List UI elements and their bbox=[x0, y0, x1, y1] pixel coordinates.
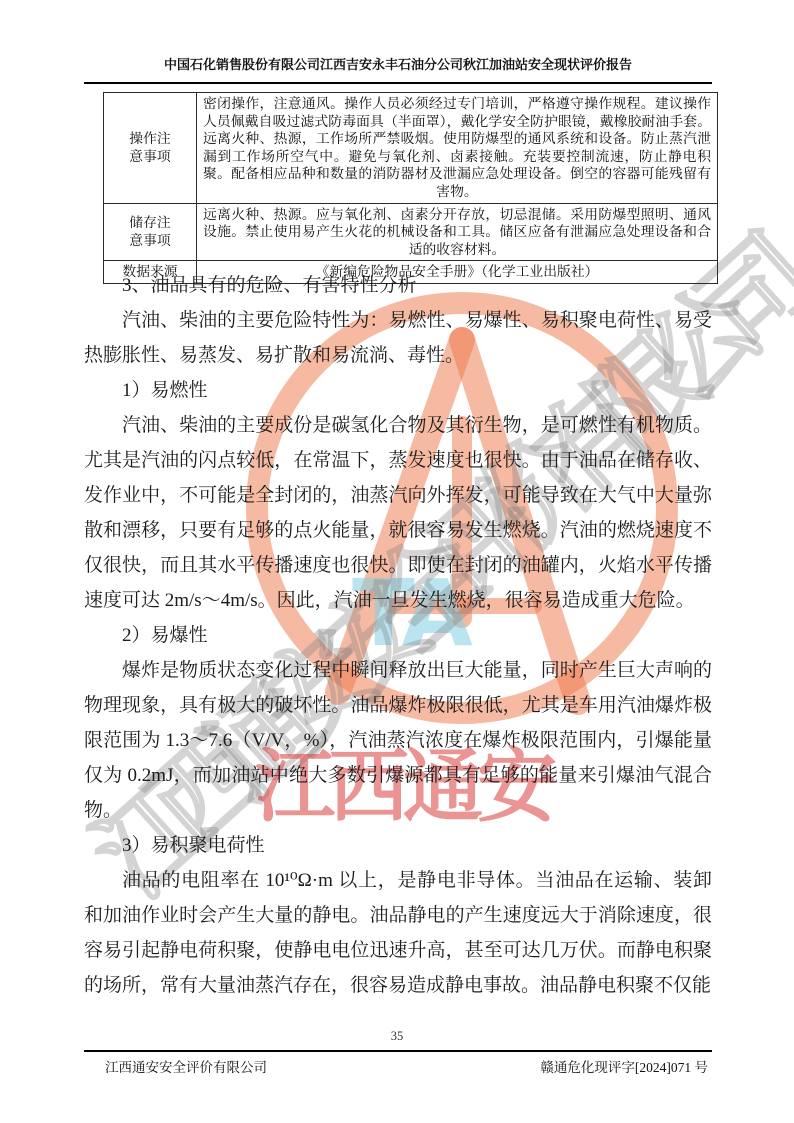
document-page: TA 江西通安安全评价有限公司 江西通安 中国石化销售股份有限公司江西吉安永丰石… bbox=[0, 0, 794, 1123]
footer-divider bbox=[84, 1050, 712, 1052]
row-content: 密闭操作，注意通风。操作人员必须经过专门培训，严格遵守操作规程。建议操作人员佩戴… bbox=[197, 93, 718, 204]
footer: 江西通安安全评价有限公司 赣通危化现评字[2024]071 号 bbox=[84, 1056, 712, 1076]
section-heading: 2）易爆性 bbox=[84, 618, 712, 653]
page-content: 中国石化销售股份有限公司江西吉安永丰石油分公司秋江加油站安全现状评价报告 操作注… bbox=[0, 0, 794, 1123]
row-content: 远离火种、热源。应与氧化剂、卤素分开存放，切忌混储。采用防爆型照明、通风设施。禁… bbox=[197, 203, 718, 261]
section-heading: 1）易燃性 bbox=[84, 373, 712, 408]
section-heading: 3）易积聚电荷性 bbox=[84, 828, 712, 863]
hazard-info-table: 操作注 意事项 密闭操作，注意通风。操作人员必须经过专门培训，严格遵守操作规程。… bbox=[103, 92, 718, 284]
section-heading: 3、油品具有的危险、有害特性分析 bbox=[84, 268, 712, 303]
document-header-title: 中国石化销售股份有限公司江西吉安永丰石油分公司秋江加油站安全现状评价报告 bbox=[84, 54, 712, 84]
body-paragraph: 汽油、柴油的主要成份是碳氢化合物及其衍生物，是可燃性有机物质。尤其是汽油的闪点较… bbox=[84, 408, 712, 618]
body-text-block: 3、油品具有的危险、有害特性分析 汽油、柴油的主要危险特性为：易燃性、易爆性、易… bbox=[84, 268, 712, 1003]
body-paragraph: 爆炸是物质状态变化过程中瞬间释放出巨大能量，同时产生巨大声响的物理现象，具有极大… bbox=[84, 653, 712, 828]
table-row-operation-notes: 操作注 意事项 密闭操作，注意通风。操作人员必须经过专门培训，严格遵守操作规程。… bbox=[104, 93, 718, 204]
body-paragraph: 汽油、柴油的主要危险特性为：易燃性、易爆性、易积聚电荷性、易受热膨胀性、易蒸发、… bbox=[84, 303, 712, 373]
footer-company-name: 江西通安安全评价有限公司 bbox=[84, 1056, 267, 1076]
row-label: 储存注 意事项 bbox=[104, 203, 197, 261]
body-paragraph: 油品的电阻率在 10¹⁰Ω·m 以上，是静电非导体。当油品在运输、装卸和加油作业… bbox=[84, 863, 712, 1003]
footer-document-number: 赣通危化现评字[2024]071 号 bbox=[540, 1056, 712, 1076]
table-row-storage-notes: 储存注 意事项 远离火种、热源。应与氧化剂、卤素分开存放，切忌混储。采用防爆型照… bbox=[104, 203, 718, 261]
page-number: 35 bbox=[0, 1029, 794, 1044]
row-label: 操作注 意事项 bbox=[104, 93, 197, 204]
